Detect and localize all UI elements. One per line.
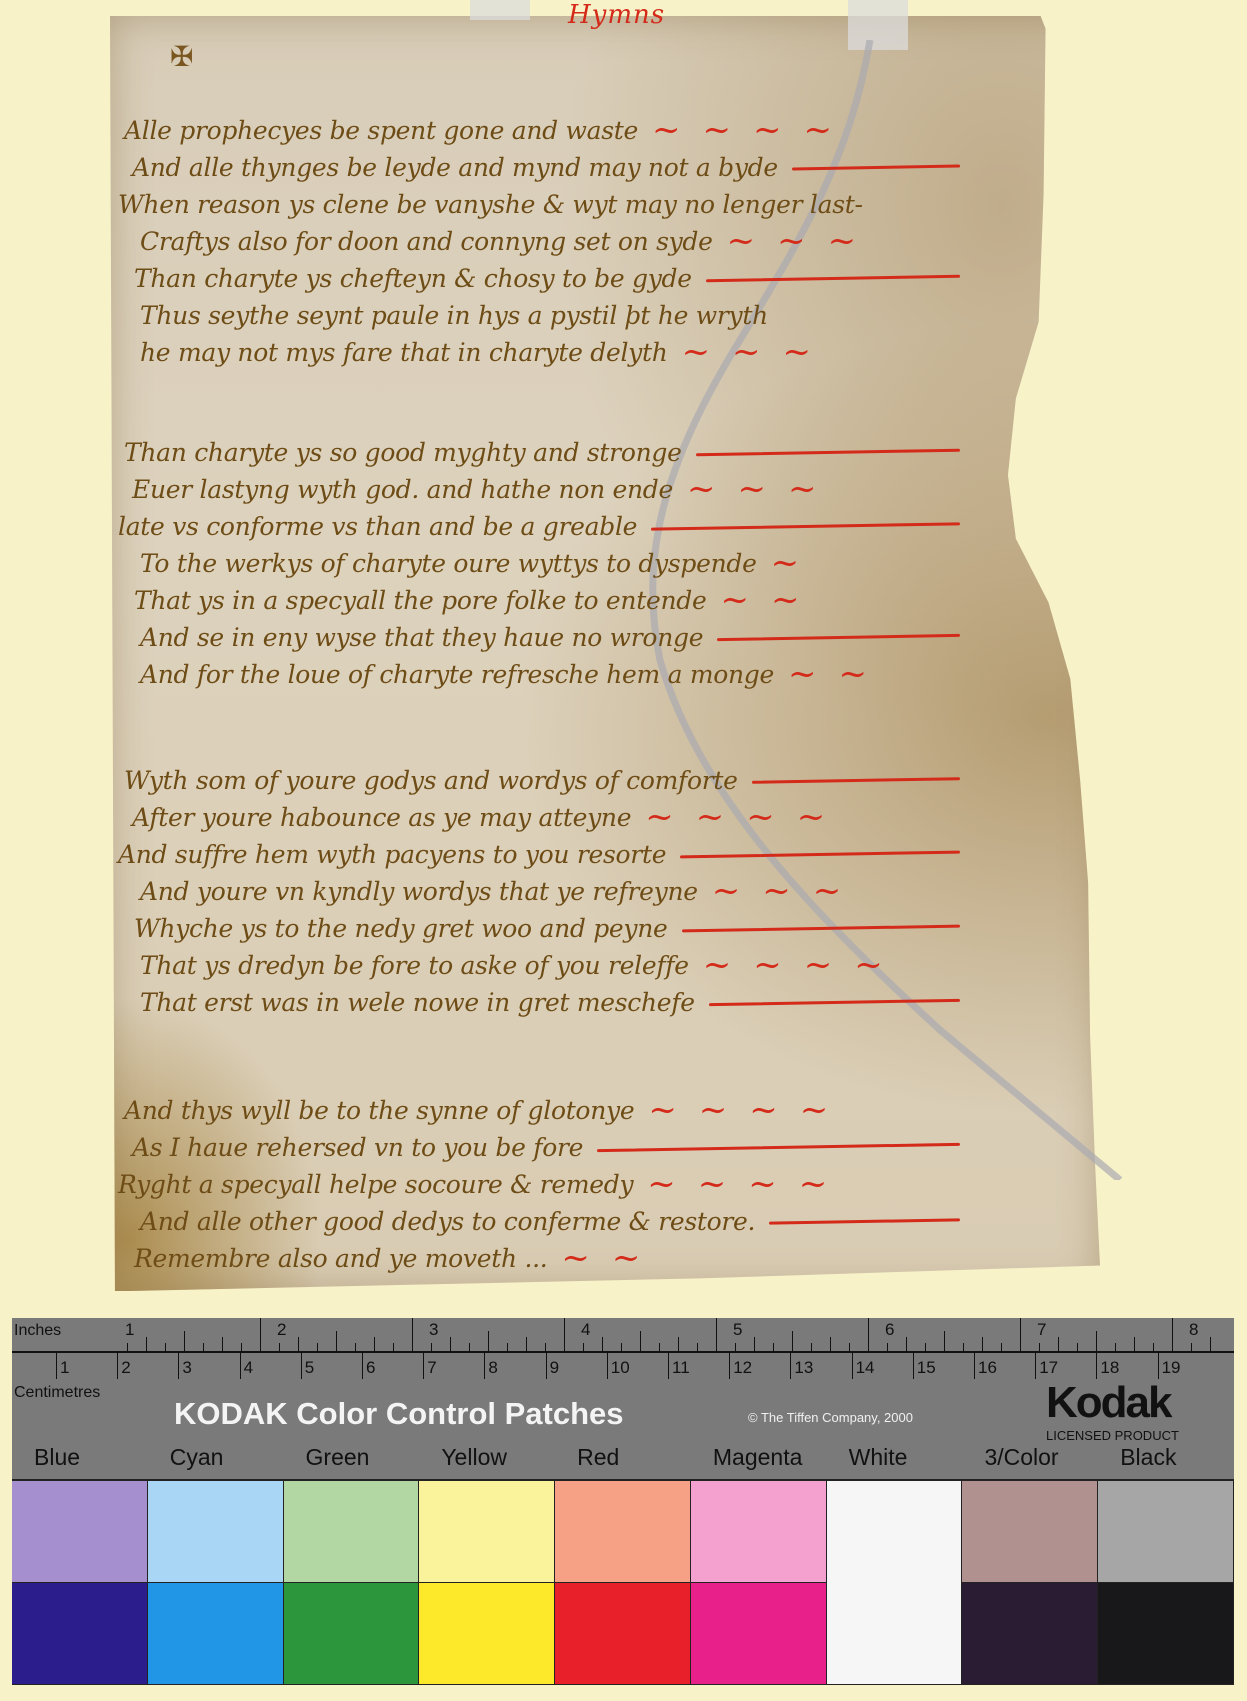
inch-mark-label: 4 xyxy=(581,1320,590,1340)
patch-label-cyan: Cyan xyxy=(170,1444,224,1471)
cm-tick xyxy=(546,1353,547,1379)
inch-tick xyxy=(906,1337,907,1351)
inch-tick xyxy=(925,1343,926,1351)
cm-tick xyxy=(1158,1353,1159,1379)
verse-line: That ys dredyn be fore to aske of you re… xyxy=(140,945,905,985)
verse-line: That erst was in wele nowe in gret mesch… xyxy=(140,982,960,1022)
cm-tick xyxy=(1035,1353,1036,1379)
patch-label-yellow: Yellow xyxy=(441,1444,507,1471)
verse-text: Whyche ys to the nedy gret woo and peyne xyxy=(134,914,668,943)
verse-text: After youre habounce as ye may atteyne xyxy=(132,803,631,832)
cm-mark-label: 16 xyxy=(978,1358,997,1378)
centimetres-label: Centimetres xyxy=(14,1384,100,1402)
inch-tick xyxy=(127,1343,128,1351)
inch-tick xyxy=(374,1337,375,1351)
cm-tick xyxy=(974,1353,975,1379)
verse-line: And youre vn kyndly wordys that ye refre… xyxy=(140,871,863,911)
cm-tick xyxy=(790,1353,791,1379)
verse-line: Craftys also for doon and connyng set on… xyxy=(140,221,878,261)
inch-tick xyxy=(1096,1331,1097,1351)
patch-dark-black xyxy=(1098,1583,1234,1685)
verse-text: late vs conforme vs than and be a greabl… xyxy=(118,512,637,541)
inch-ruler xyxy=(12,1318,1234,1353)
patch-label-red: Red xyxy=(577,1444,619,1471)
cm-tick xyxy=(668,1353,669,1379)
inch-tick xyxy=(830,1337,831,1351)
inch-mark-label: 6 xyxy=(885,1320,894,1340)
verse-text: And alle thynges be leyde and mynd may n… xyxy=(132,153,778,182)
patch-label-black: Black xyxy=(1120,1444,1176,1471)
inch-tick xyxy=(564,1318,565,1351)
inch-tick xyxy=(678,1337,679,1351)
cm-mark-label: 8 xyxy=(488,1358,497,1378)
verse-text: And youre vn kyndly wordys that ye refre… xyxy=(140,877,698,906)
patch-dark-red xyxy=(555,1583,691,1685)
inch-tick xyxy=(279,1343,280,1351)
rubric-tilde-filler: ~~~~ xyxy=(645,800,847,834)
verse-text: When reason ys clene be vanyshe & wyt ma… xyxy=(118,190,863,219)
rubric-line-filler xyxy=(696,448,960,456)
inch-tick xyxy=(1001,1343,1002,1351)
verse-text: And se in eny wyse that they haue no wro… xyxy=(140,623,703,652)
cm-tick xyxy=(852,1353,853,1379)
rubric-tilde-filler: ~~ xyxy=(788,657,889,691)
patch-dark-cyan xyxy=(148,1583,284,1685)
inch-tick xyxy=(469,1343,470,1351)
inch-tick xyxy=(1039,1343,1040,1351)
verse-text: Than charyte ys chefteyn & chosy to be g… xyxy=(134,264,692,293)
inch-tick xyxy=(697,1343,698,1351)
inch-mark-label: 5 xyxy=(733,1320,742,1340)
cm-tick xyxy=(56,1353,57,1379)
inch-tick xyxy=(165,1343,166,1351)
verse-text: And suffre hem wyth pacyens to you resor… xyxy=(118,840,666,869)
inch-tick xyxy=(355,1343,356,1351)
inch-tick xyxy=(431,1343,432,1351)
cm-tick xyxy=(913,1353,914,1379)
rubric-tilde-filler: ~~~ xyxy=(727,224,878,258)
inch-mark-label: 3 xyxy=(429,1320,438,1340)
cm-tick xyxy=(423,1353,424,1379)
patch-dark-blue xyxy=(12,1583,148,1685)
patch-light-3-color xyxy=(962,1481,1098,1583)
cm-mark-label: 13 xyxy=(794,1358,813,1378)
inch-tick xyxy=(1020,1318,1021,1351)
verse-line: Remembre also and ye moveth ...~~ xyxy=(134,1238,662,1278)
inch-tick xyxy=(241,1343,242,1351)
cm-tick xyxy=(729,1353,730,1379)
patch-light-blue xyxy=(12,1481,148,1583)
kodak-logo: Kodak xyxy=(1046,1378,1170,1428)
inch-tick xyxy=(982,1337,983,1351)
verse-line: Whyche ys to the nedy gret woo and peyne xyxy=(134,908,960,948)
inch-tick xyxy=(1134,1337,1135,1351)
inch-tick xyxy=(849,1343,850,1351)
inch-mark-label: 7 xyxy=(1037,1320,1046,1340)
patch-label-white: White xyxy=(849,1444,908,1471)
inch-tick xyxy=(811,1343,812,1351)
inch-tick xyxy=(1153,1343,1154,1351)
verse-line: And se in eny wyse that they haue no wro… xyxy=(140,617,960,657)
inch-tick xyxy=(336,1331,337,1351)
inch-tick xyxy=(184,1331,185,1351)
rubric-line-filler xyxy=(706,274,960,281)
cm-tick xyxy=(1096,1353,1097,1379)
licensed-product-label: LICENSED PRODUCT xyxy=(1046,1428,1179,1443)
patch-light-green xyxy=(284,1481,420,1583)
verse-line: And suffre hem wyth pacyens to you resor… xyxy=(118,834,960,874)
card-title: KODAK Color Control Patches xyxy=(174,1396,624,1432)
rubric-line-filler xyxy=(769,1218,960,1224)
patch-light-black xyxy=(1098,1481,1234,1583)
verse-line: And alle other good dedys to conferme & … xyxy=(140,1201,960,1241)
cm-mark-label: 9 xyxy=(550,1358,559,1378)
inch-tick xyxy=(754,1337,755,1351)
kodak-color-card: Inches 123456781234567891011121314151617… xyxy=(12,1318,1234,1479)
verse-text: Euer lastyng wyth god. and hathe non end… xyxy=(132,475,673,504)
inch-tick xyxy=(659,1343,660,1351)
inch-tick xyxy=(412,1318,413,1351)
cm-tick xyxy=(240,1353,241,1379)
inch-mark-label: 8 xyxy=(1189,1320,1198,1340)
inch-tick xyxy=(1191,1343,1192,1351)
verse-line: Euer lastyng wyth god. and hathe non end… xyxy=(132,469,838,509)
inch-tick xyxy=(146,1337,147,1351)
cm-tick xyxy=(607,1353,608,1379)
verse-line: When reason ys clene be vanyshe & wyt ma… xyxy=(118,184,863,224)
cm-tick xyxy=(301,1353,302,1379)
verse-line: That ys in a specyall the pore folke to … xyxy=(134,580,821,620)
cm-mark-label: 2 xyxy=(121,1358,130,1378)
inch-tick xyxy=(773,1343,774,1351)
verse-line: As I haue rehersed vn to you be fore xyxy=(132,1127,960,1167)
verse-text: Craftys also for doon and connyng set on… xyxy=(140,227,713,256)
verse-text: Remembre also and ye moveth ... xyxy=(134,1244,547,1273)
inch-mark-label: 2 xyxy=(277,1320,286,1340)
rubric-line-filler xyxy=(792,164,960,170)
inch-tick xyxy=(887,1343,888,1351)
inch-tick xyxy=(203,1343,204,1351)
patch-dark-yellow xyxy=(419,1583,555,1685)
verse-text: And alle other good dedys to conferme & … xyxy=(140,1207,755,1236)
inch-tick xyxy=(507,1343,508,1351)
verse-text: That erst was in wele nowe in gret mesch… xyxy=(140,988,695,1017)
cm-mark-label: 18 xyxy=(1100,1358,1119,1378)
verse-line: Wyth som of youre godys and wordys of co… xyxy=(124,760,960,800)
inch-tick xyxy=(1058,1337,1059,1351)
verse-line: Than charyte ys chefteyn & chosy to be g… xyxy=(134,258,960,298)
inch-tick xyxy=(393,1343,394,1351)
inch-tick xyxy=(583,1343,584,1351)
patch-light-yellow xyxy=(419,1481,555,1583)
inch-mark-label: 1 xyxy=(125,1320,134,1340)
inch-tick xyxy=(1077,1343,1078,1351)
patch-light-white xyxy=(827,1481,963,1685)
patch-dark-3-color xyxy=(962,1583,1098,1685)
cm-mark-label: 15 xyxy=(917,1358,936,1378)
verse-text: That ys in a specyall the pore folke to … xyxy=(134,586,706,615)
copyright-text: © The Tiffen Company, 2000 xyxy=(748,1410,913,1425)
verse-text: Than charyte ys so good myghty and stron… xyxy=(124,438,682,467)
cm-mark-label: 3 xyxy=(182,1358,191,1378)
verse-text: And thys wyll be to the synne of glotony… xyxy=(124,1096,634,1125)
inch-tick xyxy=(1115,1343,1116,1351)
cm-mark-label: 19 xyxy=(1162,1358,1181,1378)
rubric-tilde-filler: ~~~ xyxy=(712,874,863,908)
patch-label-blue: Blue xyxy=(34,1444,80,1471)
verse-text: To the werkys of charyte oure wyttys to … xyxy=(140,549,757,578)
rubric-line-filler xyxy=(682,924,960,932)
cm-mark-label: 7 xyxy=(427,1358,436,1378)
cm-mark-label: 10 xyxy=(611,1358,630,1378)
verse-text: he may not mys fare that in charyte dely… xyxy=(140,338,668,367)
tape-strip xyxy=(848,0,908,50)
rubric-line-filler xyxy=(680,850,960,858)
verse-line: Ryght a specyall helpe socoure & remedy~… xyxy=(118,1164,849,1204)
inch-tick xyxy=(640,1331,641,1351)
inch-tick xyxy=(621,1343,622,1351)
inches-label: Inches xyxy=(14,1322,61,1340)
rubric-line-filler xyxy=(597,1142,960,1151)
cm-tick xyxy=(117,1353,118,1379)
verse-line: And for the loue of charyte refresche he… xyxy=(140,654,889,694)
patch-dark-magenta xyxy=(691,1583,827,1685)
manuscript-heading: Hymns xyxy=(568,0,665,30)
inch-tick xyxy=(450,1337,451,1351)
verse-line: Thus seythe seynt paule in hys a pystil … xyxy=(140,295,768,335)
verse-line: And alle thynges be leyde and mynd may n… xyxy=(132,147,960,187)
cm-tick xyxy=(178,1353,179,1379)
patch-label-3-color: 3/Color xyxy=(984,1444,1058,1471)
rubric-line-filler xyxy=(717,633,960,640)
patch-light-magenta xyxy=(691,1481,827,1583)
patch-light-red xyxy=(555,1481,691,1583)
rubric-tilde-filler: ~~~ xyxy=(682,335,833,369)
verse-text: Alle prophecyes be spent gone and waste xyxy=(124,116,638,145)
cm-mark-label: 4 xyxy=(244,1358,253,1378)
cross-ornament-icon: ✠ xyxy=(170,40,193,73)
rubric-tilde-filler: ~~ xyxy=(720,583,821,617)
inch-tick xyxy=(222,1337,223,1351)
cm-tick xyxy=(484,1353,485,1379)
cm-mark-label: 6 xyxy=(366,1358,375,1378)
verse-line: Alle prophecyes be spent gone and waste~… xyxy=(124,110,854,150)
rubric-tilde-filler: ~~~ xyxy=(687,472,838,506)
cm-mark-label: 17 xyxy=(1039,1358,1058,1378)
inch-tick xyxy=(1172,1318,1173,1351)
verse-text: Thus seythe seynt paule in hys a pystil … xyxy=(140,301,768,330)
inch-tick xyxy=(716,1318,717,1351)
inch-tick xyxy=(298,1337,299,1351)
patch-label-magenta: Magenta xyxy=(713,1444,803,1471)
cm-mark-label: 14 xyxy=(856,1358,875,1378)
cm-mark-label: 11 xyxy=(672,1358,690,1378)
verse-line: And thys wyll be to the synne of glotony… xyxy=(124,1090,850,1130)
verse-line: To the werkys of charyte oure wyttys to … xyxy=(140,543,821,583)
inch-tick xyxy=(317,1343,318,1351)
inch-tick xyxy=(944,1331,945,1351)
cm-mark-label: 12 xyxy=(733,1358,752,1378)
inch-tick xyxy=(963,1343,964,1351)
verse-line: After youre habounce as ye may atteyne~~… xyxy=(132,797,847,837)
inch-tick xyxy=(868,1318,869,1351)
rubric-tilde-filler: ~~~~ xyxy=(648,1093,850,1127)
cm-mark-label: 1 xyxy=(60,1358,69,1378)
inch-tick xyxy=(602,1337,603,1351)
inch-tick xyxy=(545,1343,546,1351)
rubric-tilde-filler: ~~~~ xyxy=(703,948,905,982)
tape-strip xyxy=(470,0,530,20)
verse-text: Wyth som of youre godys and wordys of co… xyxy=(124,766,738,795)
inch-tick xyxy=(1210,1337,1211,1351)
verse-text: Ryght a specyall helpe socoure & remedy xyxy=(118,1170,633,1199)
inch-tick xyxy=(792,1331,793,1351)
rubric-tilde-filler: ~~~~ xyxy=(647,1167,849,1201)
verse-text: And for the loue of charyte refresche he… xyxy=(140,660,774,689)
inch-tick xyxy=(260,1318,261,1351)
inch-tick xyxy=(735,1343,736,1351)
color-patches xyxy=(12,1479,1234,1685)
cm-tick xyxy=(362,1353,363,1379)
rubric-tilde-filler: ~~ xyxy=(561,1241,662,1275)
verse-line: late vs conforme vs than and be a greabl… xyxy=(118,506,960,546)
rubric-line-filler xyxy=(651,522,960,530)
verse-line: Than charyte ys so good myghty and stron… xyxy=(124,432,960,472)
rubric-tilde-filler: ~ xyxy=(771,546,822,580)
verse-text: That ys dredyn be fore to aske of you re… xyxy=(140,951,689,980)
patch-label-green: Green xyxy=(306,1444,370,1471)
cm-mark-label: 5 xyxy=(305,1358,314,1378)
rubric-line-filler xyxy=(709,998,960,1005)
verse-line: he may not mys fare that in charyte dely… xyxy=(140,332,833,372)
patch-light-cyan xyxy=(148,1481,284,1583)
rubric-line-filler xyxy=(752,777,960,784)
inch-tick xyxy=(526,1337,527,1351)
verse-text: As I haue rehersed vn to you be fore xyxy=(132,1133,583,1162)
rubric-tilde-filler: ~~~~ xyxy=(652,113,854,147)
inch-tick xyxy=(488,1331,489,1351)
patch-dark-green xyxy=(284,1583,420,1685)
